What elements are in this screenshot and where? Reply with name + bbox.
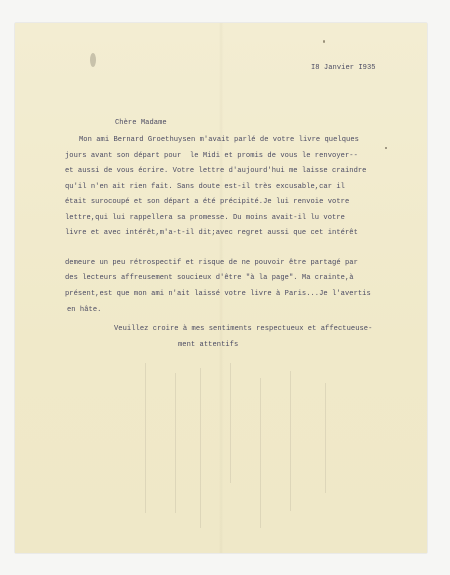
ink-smudge — [90, 53, 96, 67]
paper-speck — [385, 147, 387, 149]
body-line: présent,est que mon ami n'ait laissé vot… — [65, 289, 371, 299]
body-line: était surocoupé et son départ a été préc… — [65, 197, 349, 207]
letter-page — [15, 23, 427, 553]
body-line: demeure un peu rétrospectif et risque de… — [65, 258, 358, 268]
closing-line: ment attentifs — [178, 340, 238, 350]
body-line: jours avant son départ pour le Midi et p… — [65, 151, 358, 161]
body-line: en hâte. — [67, 305, 101, 315]
body-line: des lecteurs affreusement soucieux d'êtr… — [65, 273, 354, 283]
letter-salutation: Chère Madame — [115, 118, 167, 128]
body-line: et aussi de vous écrire. Votre lettre d'… — [65, 166, 367, 176]
body-line: lettre,qui lui rappellera sa promesse. D… — [65, 213, 345, 223]
body-line: livre et avec intérêt,m'a-t-il dit;avec … — [65, 228, 358, 238]
bleed-through-handwriting — [85, 363, 385, 553]
letter-date: I8 Janvier I935 — [311, 63, 376, 73]
body-line: Mon ami Bernard Groethuysen m'avait parl… — [79, 135, 359, 145]
closing-line: Veuillez croire à mes sentiments respect… — [114, 324, 372, 334]
paper-speck — [323, 40, 325, 43]
body-line: qu'il n'en ait rien fait. Sans doute est… — [65, 182, 345, 192]
